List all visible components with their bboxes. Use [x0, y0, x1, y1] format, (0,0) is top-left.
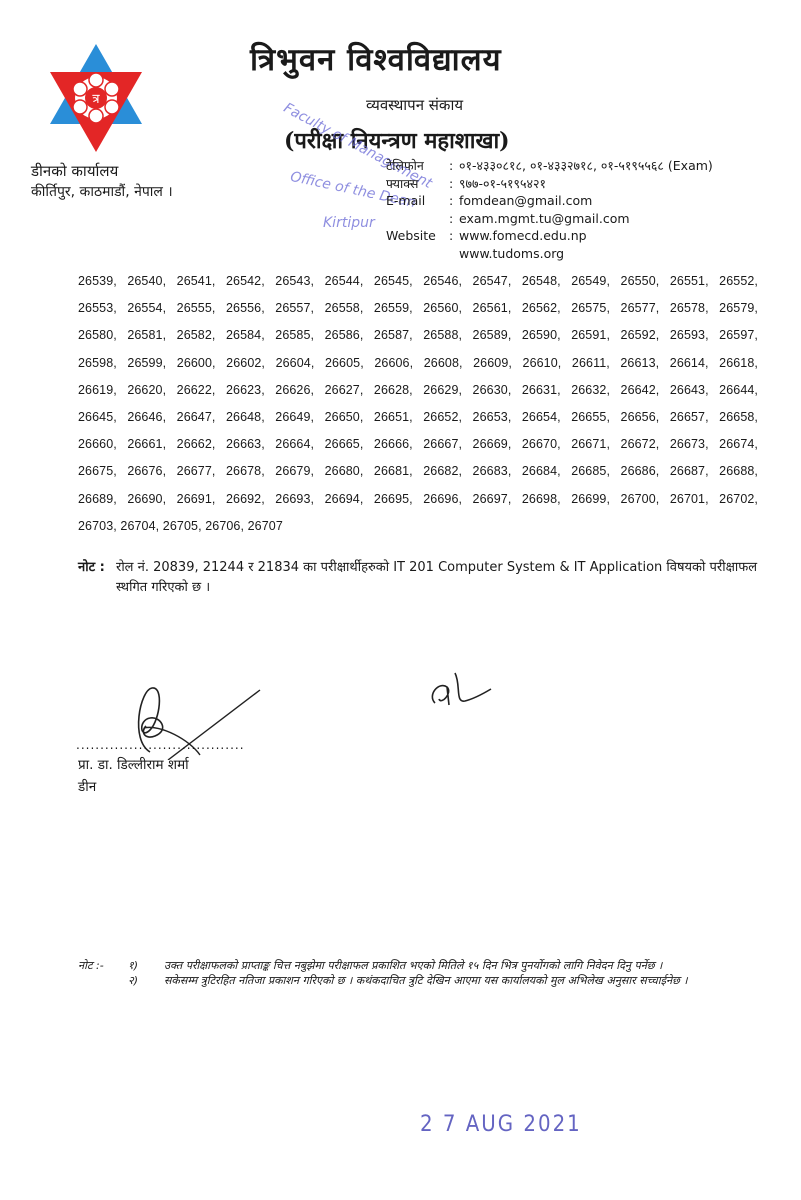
roll-number-row: 26660, 26661, 26662, 26663, 26664, 26665…	[78, 431, 758, 458]
roll-number-row: 26580, 26581, 26582, 26584, 26585, 26586…	[78, 322, 758, 349]
contact-label	[386, 210, 449, 228]
roll-number-row: 26689, 26690, 26691, 26692, 26693, 26694…	[78, 486, 758, 513]
contact-value[interactable]: exam.mgmt.tu@gmail.com	[459, 210, 630, 228]
date-stamp: 2 7 AUG 2021	[420, 1112, 582, 1137]
office-location: कीर्तिपुर, काठमाडौं, नेपाल ।	[31, 182, 173, 203]
tribhuvan-university-emblem-icon: त्र	[48, 42, 144, 154]
contact-label: फ्याक्स	[386, 175, 449, 193]
signatory: प्रा. डा. डिल्लीराम शर्मा डीन	[78, 754, 189, 798]
roll-number-row: 26703, 26704, 26705, 26706, 26707	[78, 513, 758, 540]
initial-mark	[425, 665, 495, 715]
contact-row: Website:www.fomecd.edu.np	[386, 227, 713, 245]
footer-note-number: १)	[128, 958, 138, 973]
stamp-line-3: Kirtipur	[323, 215, 375, 231]
footer-note-text: उक्त परीक्षाफलको प्राप्ताङ्क चित्त नबुझे…	[164, 959, 662, 972]
contact-info: टेलिफोन:०१-४३३०८१८, ०१-४३३२७१८, ०१-५१९५५…	[386, 157, 713, 262]
footer-note-text: सकेसम्म त्रुटिरहित नतिजा प्रकाशन गरिएको …	[164, 974, 688, 987]
roll-number-row: 26553, 26554, 26555, 26556, 26557, 26558…	[78, 295, 758, 322]
contact-value[interactable]: www.fomecd.edu.np	[459, 227, 587, 245]
contact-row: www.tudoms.org	[386, 245, 713, 263]
svg-text:त्र: त्र	[92, 92, 100, 107]
contact-value[interactable]: www.tudoms.org	[459, 245, 564, 263]
contact-label: E-mail	[386, 192, 449, 210]
roll-number-row: 26598, 26599, 26600, 26602, 26604, 26605…	[78, 350, 758, 377]
contact-row: :exam.mgmt.tu@gmail.com	[386, 210, 713, 228]
contact-label	[386, 245, 449, 263]
handwritten-initial-icon	[425, 665, 495, 715]
university-logo: त्र	[48, 42, 144, 154]
withheld-results-note: नोट : रोल नं. 20839, 21244 र 21834 का पर…	[78, 558, 758, 598]
contact-separator: :	[449, 210, 459, 228]
contact-value: ९७७-०१-५१९५४२१	[459, 175, 546, 193]
contact-label: Website	[386, 227, 449, 245]
signatory-title: डीन	[78, 776, 189, 798]
footer-note: नोट :- १)उक्त परीक्षाफलको प्राप्ताङ्क चि…	[78, 958, 758, 988]
contact-row: फ्याक्स:९७७-०१-५१९५४२१	[386, 175, 713, 193]
footer-note-number: २)	[128, 973, 138, 988]
signature-line: ...................................	[76, 738, 245, 752]
note-label: नोट :	[78, 558, 105, 578]
footer-note-item: २)सकेसम्म त्रुटिरहित नतिजा प्रकाशन गरिएक…	[128, 973, 758, 988]
footer-note-label: नोट :-	[78, 958, 104, 973]
contact-label: टेलिफोन	[386, 157, 449, 175]
footer-note-item: १)उक्त परीक्षाफलको प्राप्ताङ्क चित्त नबु…	[128, 958, 758, 973]
university-title: त्रिभुवन विश्वविद्यालय	[250, 38, 502, 80]
contact-separator: :	[449, 175, 459, 193]
signatory-name: प्रा. डा. डिल्लीराम शर्मा	[78, 754, 189, 776]
contact-separator: :	[449, 157, 459, 175]
roll-number-row: 26539, 26540, 26541, 26542, 26543, 26544…	[78, 268, 758, 295]
contact-separator: :	[449, 227, 459, 245]
faculty-name: व्यवस्थापन संकाय	[366, 95, 463, 115]
contact-row: E-mail:fomdean@gmail.com	[386, 192, 713, 210]
contact-separator	[449, 245, 459, 263]
contact-value[interactable]: fomdean@gmail.com	[459, 192, 592, 210]
dean-office-address: डीनको कार्यालय कीर्तिपुर, काठमाडौं, नेपा…	[31, 161, 173, 203]
roll-number-row: 26675, 26676, 26677, 26678, 26679, 26680…	[78, 458, 758, 485]
contact-row: टेलिफोन:०१-४३३०८१८, ०१-४३३२७१८, ०१-५१९५५…	[386, 157, 713, 175]
office-name: डीनको कार्यालय	[31, 161, 173, 182]
roll-number-row: 26619, 26620, 26622, 26623, 26626, 26627…	[78, 377, 758, 404]
roll-number-list: 26539, 26540, 26541, 26542, 26543, 26544…	[78, 268, 758, 540]
roll-number-row: 26645, 26646, 26647, 26648, 26649, 26650…	[78, 404, 758, 431]
note-text: रोल नं. 20839, 21244 र 21834 का परीक्षार…	[116, 558, 758, 598]
contact-separator: :	[449, 192, 459, 210]
contact-value: ०१-४३३०८१८, ०१-४३३२७१८, ०१-५१९५५६८ (Exam…	[459, 157, 713, 175]
